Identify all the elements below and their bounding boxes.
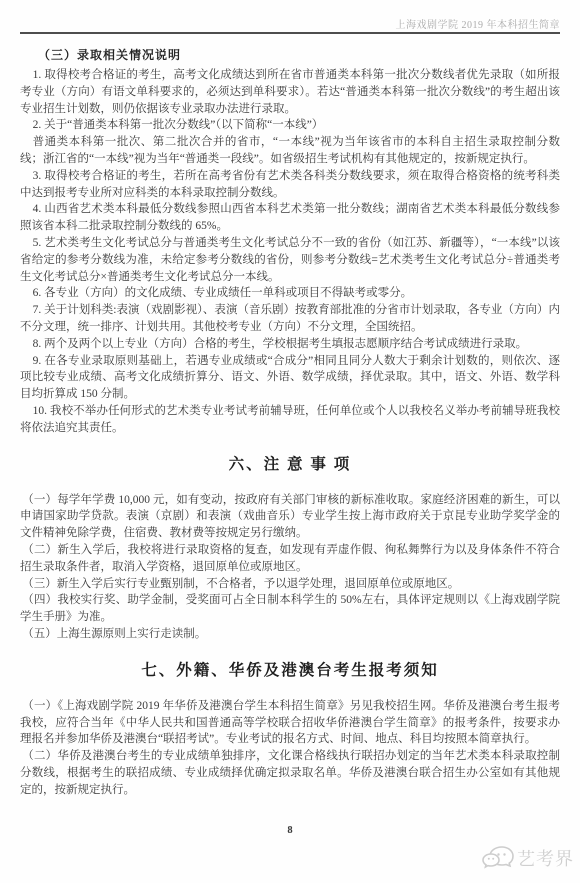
paragraph: （一）《上海戏剧学院 2019 年华侨及港澳台学生本科招生简章》另见我校招生网。… xyxy=(20,698,560,748)
section-heading-overseas-applicants: 七、外籍、华侨及港澳台考生报考须知 xyxy=(20,658,560,680)
watermark-text: 艺考界 xyxy=(517,845,574,871)
section-heading-admission-notes: （三）录取相关情况说明 xyxy=(20,46,560,63)
paragraph: 2. 关于“普通类本科第一批次分数线”（以下简称“一本线”） xyxy=(20,117,560,134)
paragraph: 4. 山西省艺术类本科最低分数线参照山西省本科艺术类第一批分数线；湖南省艺术类本… xyxy=(20,201,560,235)
paragraph: 普通类本科第一批次、第二批次合并的省市，“一本线”视为当年该省市的本科自主招生录… xyxy=(20,134,560,168)
page-number: 8 xyxy=(0,825,580,836)
paragraph: （三）新生入学后实行专业甄别制，不合格者，予以退学处理，退回原单位或原地区。 xyxy=(20,576,560,593)
paragraph: 9. 在各专业录取原则基础上，若遇专业成绩或“合成分”相同且同分人数大于剩余计划… xyxy=(20,353,560,403)
paragraph: 10. 我校不举办任何形式的艺术类专业考试考前辅导班，任何单位或个人以我校名义举… xyxy=(20,403,560,437)
watermark: 艺考界 xyxy=(482,845,574,871)
paragraph: 8. 两个及两个以上专业（方向）合格的考生，学校根据考生填报志愿顺序结合考试成绩… xyxy=(20,336,560,353)
paragraph: 7. 关于计划科类:表演（戏剧影视）、表演（音乐剧）按教育部批准的分省市计划录取… xyxy=(20,302,560,336)
header-divider xyxy=(20,32,560,34)
paragraph: （二）新生入学后，我校将进行录取资格的复查，如发现有弄虚作假、徇私舞弊行为以及身… xyxy=(20,542,560,576)
paragraph: 1. 取得校考合格证的考生，高考文化成绩达到所在省市普通类本科第一批次分数线者优… xyxy=(20,67,560,117)
document-page: 上海戏剧学院 2019 年本科招生简章 （三）录取相关情况说明 1. 取得校考合… xyxy=(0,0,580,883)
paragraph: （一）每学年学费 10,000 元，如有变动，按政府有关部门审核的新标准收取。家… xyxy=(20,492,560,542)
section-heading-important-notes: 六、注 意 事 项 xyxy=(20,452,560,474)
chat-bubbles-icon xyxy=(482,845,514,871)
page-header: 上海戏剧学院 2019 年本科招生简章 xyxy=(20,16,560,31)
paragraph: （四）我校实行奖、助学金制，受奖面可占全日制本科学生的 50%左右，具体评定规则… xyxy=(20,592,560,626)
paragraph: 6. 各专业（方向）的文化成绩、专业成绩任一单科或项目不得缺考或零分。 xyxy=(20,285,560,302)
brochure-header-title: 上海戏剧学院 2019 年本科招生简章 xyxy=(396,20,561,31)
document-content: （三）录取相关情况说明 1. 取得校考合格证的考生，高考文化成绩达到所在省市普通… xyxy=(20,42,560,798)
paragraph: （五）上海生源原则上实行走读制。 xyxy=(20,626,560,643)
paragraph: （二）华侨及港澳台考生的专业成绩单独排序，文化课合格线执行联招办划定的当年艺术类… xyxy=(20,748,560,798)
paragraph: 3. 取得校考合格证的考生，若所在高考省份有艺术类各科类分数线要求，须在取得合格… xyxy=(20,168,560,202)
paragraph: 5. 艺术类考生文化考试总分与普通类考生文化考试总分不一致的省份（如江苏、新疆等… xyxy=(20,235,560,285)
